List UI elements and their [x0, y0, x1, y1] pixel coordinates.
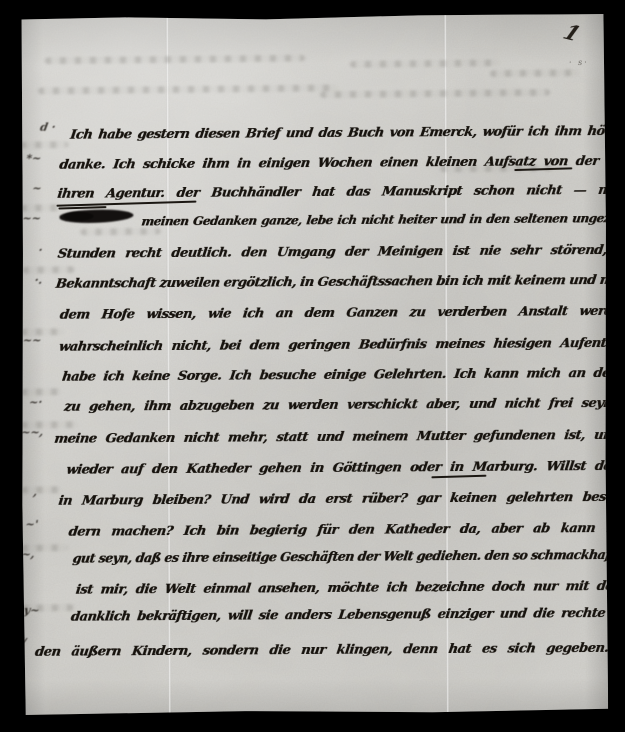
letter-paper: 1 · s· d ·*~~~~··.~~~·~~,,~'~,y~/ Ich ha… — [20, 14, 608, 715]
margin-stray-mark: ~~ — [22, 334, 43, 347]
bleedthrough-ghost-line — [23, 266, 75, 273]
handwritten-line: gut seyn, daß es ihre einseitige Geschäf… — [72, 549, 609, 565]
scanned-letter-image: 1 · s· d ·*~~~~··.~~~·~~,,~'~,y~/ Ich ha… — [0, 0, 625, 732]
margin-stray-mark: y~ — [23, 604, 41, 617]
handwriting-block: Ich habe gestern diesen Brief und das Bu… — [20, 14, 606, 16]
margin-stray-mark: · — [37, 244, 43, 257]
margin-stray-mark: ~ — [31, 182, 42, 195]
margin-stray-mark: ~· — [28, 396, 43, 409]
margin-stray-mark: ~~, — [20, 426, 45, 439]
handwritten-line: den äußern Kindern, sondern die nur klin… — [34, 642, 608, 659]
ink-annotations — [20, 14, 606, 16]
bleedthrough-ghost-line — [490, 69, 580, 77]
handwritten-line: meinen Gedanken ganze, lebe ich nicht he… — [141, 212, 609, 228]
handwritten-line: ist mir, die Welt einmal ansehen, möchte… — [75, 580, 608, 597]
handwritten-line: wahrscheinlich nicht, bei dem geringen B… — [58, 337, 608, 354]
handwritten-line: in Marburg bleiben? Und wird da erst rüb… — [57, 491, 608, 508]
page-number-side-marks: · s· — [569, 58, 589, 67]
handwritten-line: ihren Agentur. der Buchhändler hat das M… — [56, 184, 608, 201]
handwritten-line: dern machen? Ich bin begierig für den Ka… — [68, 522, 609, 539]
handwritten-line: Stunden recht deutlich. den Umgang der M… — [57, 244, 609, 261]
underline-stroke — [431, 475, 486, 479]
handwritten-line: meine Gedanken nicht mehr, statt und mei… — [53, 429, 608, 446]
bleedthrough-ghost-line — [21, 388, 61, 395]
handwritten-line: wieder auf den Katheder gehen in Götting… — [65, 460, 608, 477]
handwritten-line: habe ich keine Sorge. Ich besuche einige… — [61, 367, 608, 384]
margin-stray-mark: ~' — [24, 518, 39, 531]
margin-stray-mark: / — [21, 636, 27, 649]
margin-stray-mark: ~, — [21, 548, 36, 561]
bleedthrough-ghost-line — [21, 486, 61, 493]
ink-blot-core — [63, 212, 93, 221]
bleedthrough-ghost-line — [320, 89, 550, 98]
handwritten-line: Bekanntschaft zuweilen ergötzlich, in Ge… — [55, 274, 608, 291]
bleedthrough-ghost-line — [20, 141, 68, 148]
margin-stray-mark: *~ — [25, 152, 42, 165]
handwritten-line: Ich habe gestern diesen Brief und das Bu… — [69, 125, 608, 142]
bleedthrough-ghost-line — [350, 59, 500, 67]
underline-stroke — [514, 167, 572, 171]
bleedthrough-ghost-line — [45, 55, 305, 65]
margin-stray-mark: , — [32, 486, 38, 499]
bleedthrough-ghost-line — [38, 84, 338, 94]
page-number: 1 — [559, 19, 584, 45]
handwritten-line: zu gehen, ihm abzugeben zu werden versch… — [63, 397, 608, 414]
margin-stray-mark: ~~ — [21, 212, 42, 225]
handwritten-line: danklich bekräftigen, will sie anders Le… — [70, 607, 608, 624]
margin-stray-marks: d ·*~~~~··.~~~·~~,,~'~,y~/ — [20, 14, 606, 16]
margin-stray-mark: ·. — [34, 274, 44, 287]
bleedthrough-ghost-line — [81, 228, 161, 236]
bleedthrough-ghost-lines — [20, 14, 606, 16]
handwritten-line: dem Hofe wissen, wie ich an dem Ganzen z… — [59, 305, 608, 322]
margin-stray-mark: d · — [39, 121, 57, 134]
